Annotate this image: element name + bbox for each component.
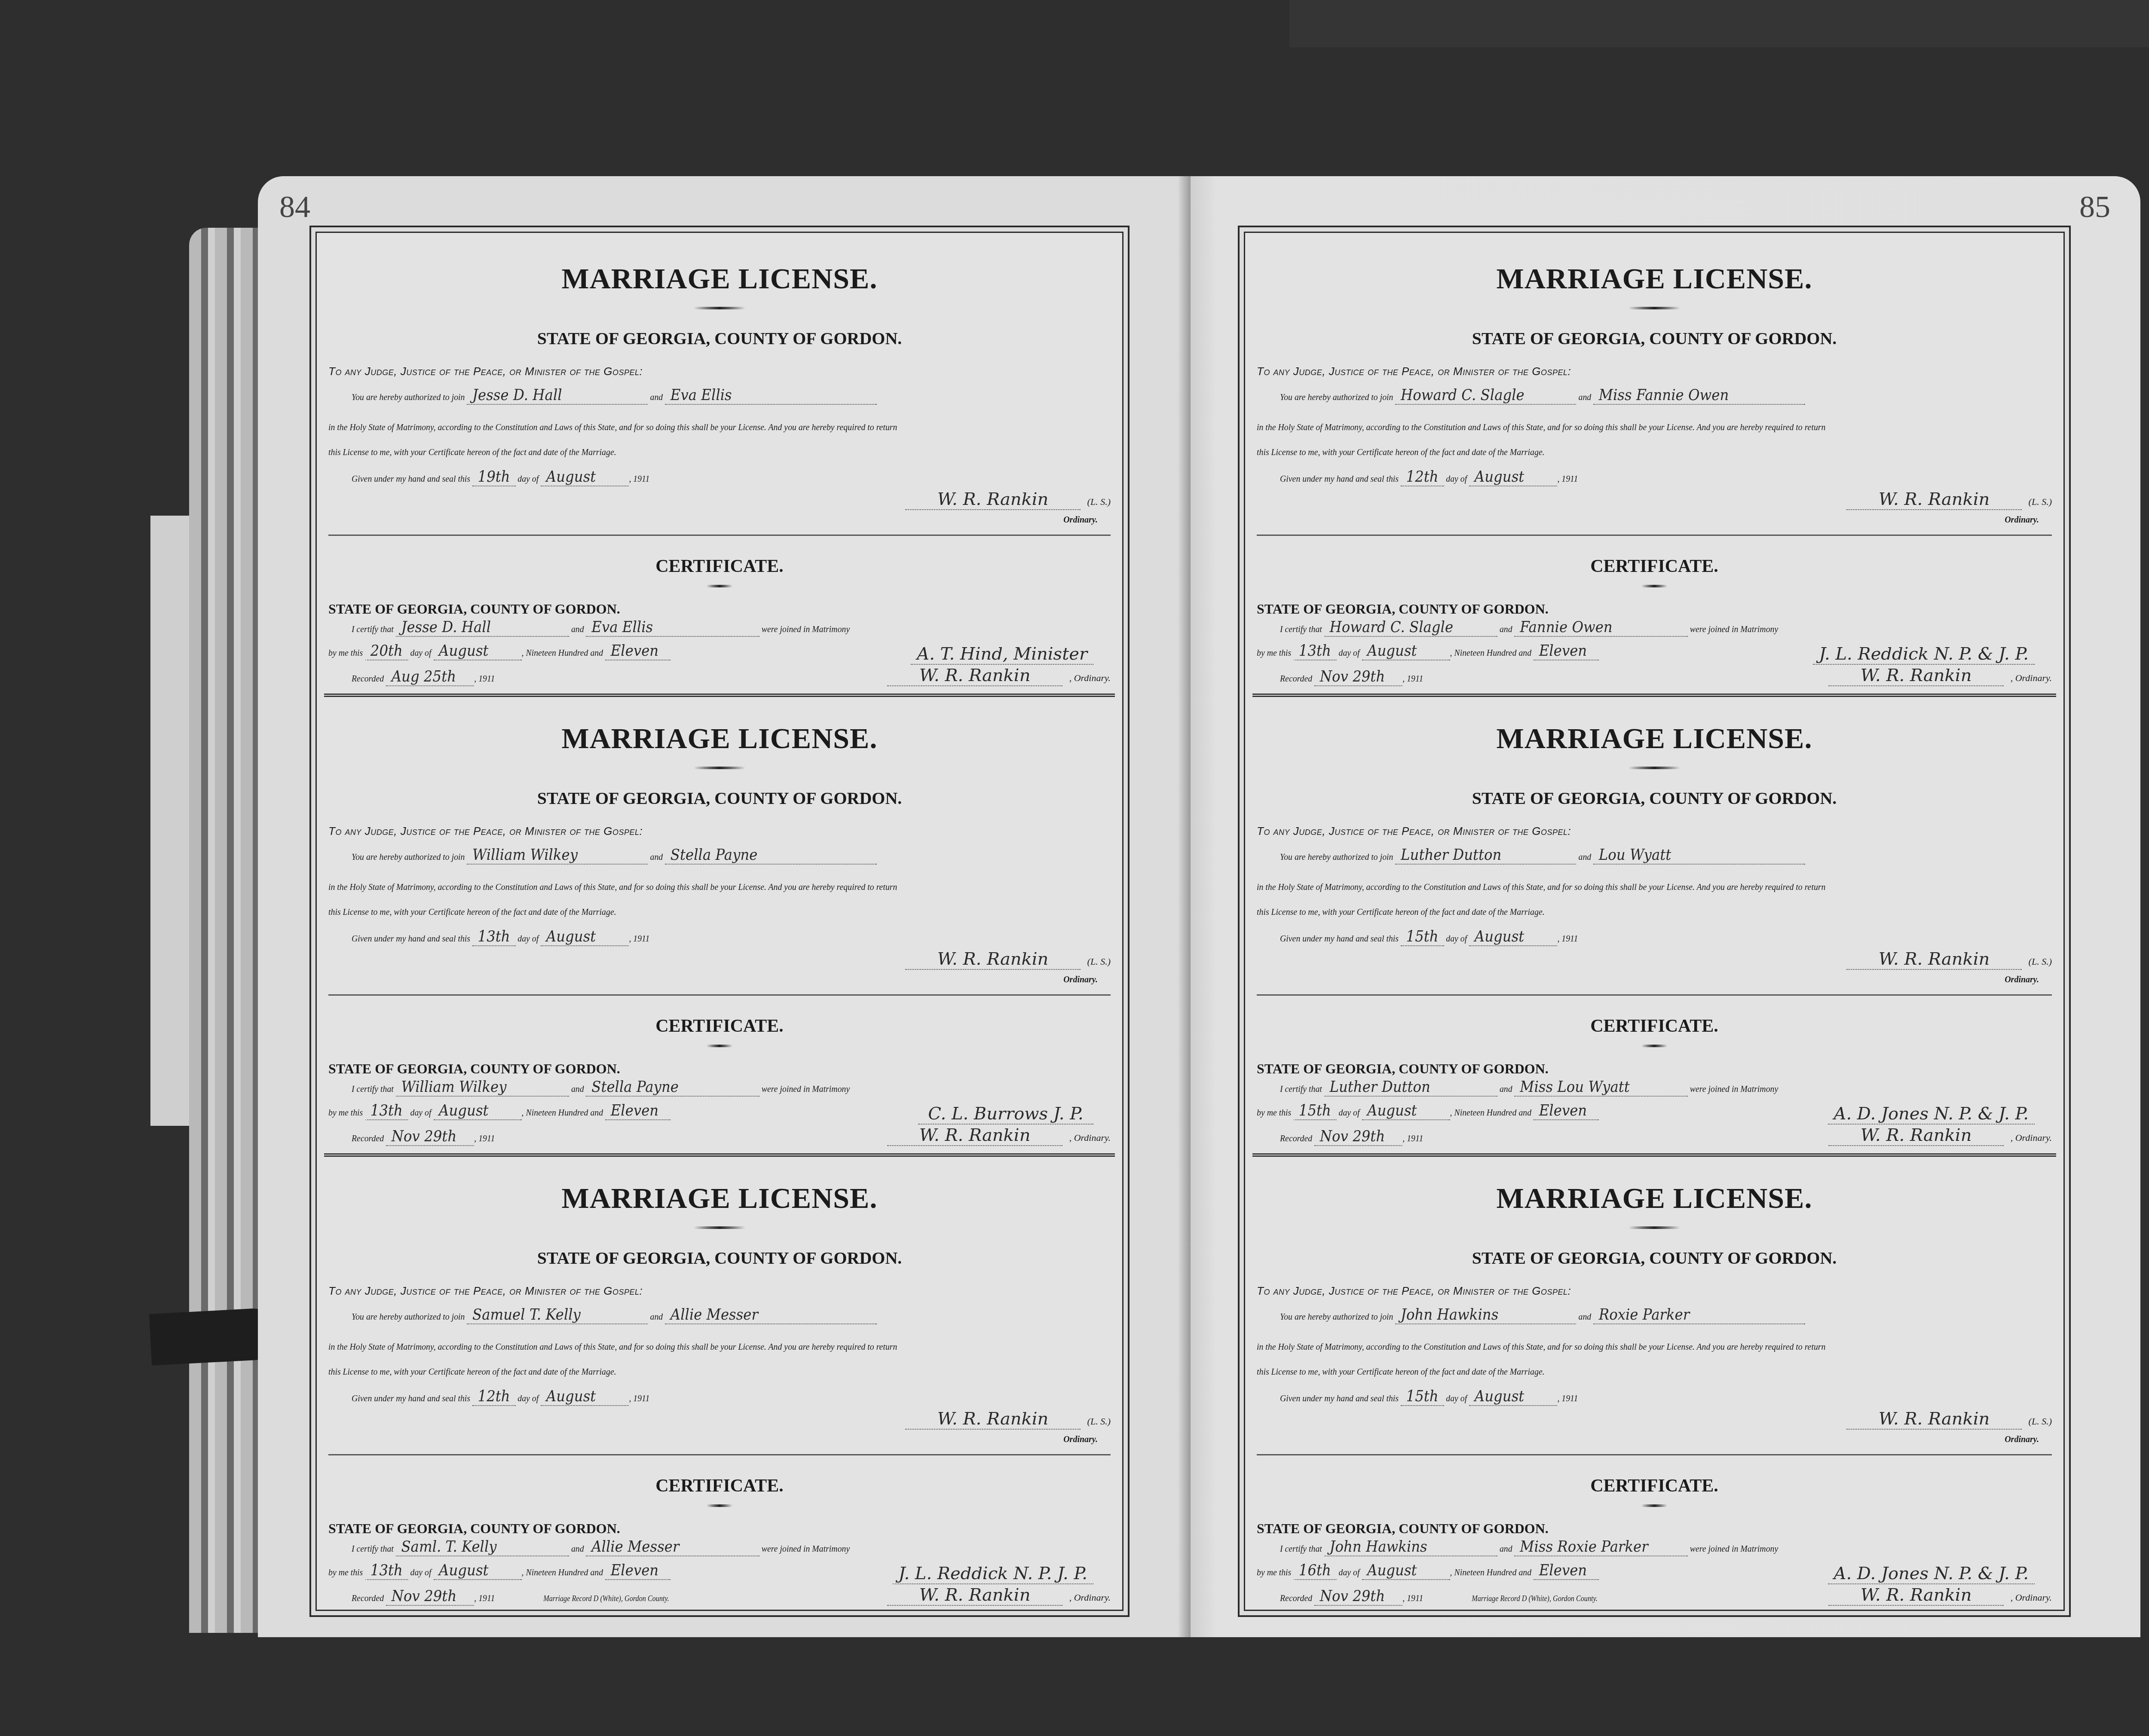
married-month: August	[433, 642, 521, 660]
certificate-title: CERTIFICATE.	[1252, 1476, 2056, 1496]
section-divider	[328, 994, 1111, 996]
license-frame: MARRIAGE LICENSE. STATE OF GEORGIA, COUN…	[309, 226, 1130, 1617]
married-month: August	[1362, 1102, 1450, 1120]
and-label: and	[1579, 391, 1592, 402]
and-label: and	[650, 851, 663, 862]
recorder-row: W. R. Rankin , Ordinary.	[1828, 1125, 2052, 1146]
license-title: MARRIAGE LICENSE.	[1252, 721, 2056, 755]
certify-line: I certify that Howard C. Slagle and Fann…	[1257, 618, 1972, 637]
married-day: 15th	[1293, 1102, 1336, 1120]
recorded-date: Nov 29th	[1314, 1128, 1402, 1146]
recorder-row: W. R. Rankin , Ordinary.	[887, 1585, 1111, 1606]
ordinary-signature: W. R. Rankin	[905, 489, 1081, 510]
officiant-row: A. T. Hind, Minister	[911, 644, 1098, 665]
certificate-title: CERTIFICATE.	[1252, 1016, 2056, 1036]
ordinary-label: , Ordinary.	[2011, 1132, 2052, 1143]
recorder-signature: W. R. Rankin	[887, 1125, 1062, 1146]
body-line-2: this License to me, with your Certificat…	[1257, 906, 1972, 917]
page-number: 85	[2079, 189, 2110, 225]
ornament-divider	[694, 307, 745, 309]
cert-bride-name: Eva Ellis	[586, 618, 759, 637]
marriage-license-entry: MARRIAGE LICENSE. STATE OF GEORGIA, COUN…	[324, 1155, 1115, 1613]
ordinary-label: Ordinary.	[1063, 515, 1098, 525]
body-line-2: this License to me, with your Certificat…	[1257, 446, 1972, 458]
recorded-label: Recorded	[1280, 1133, 1312, 1143]
certify-line: I certify that Luther Dutton and Miss Lo…	[1257, 1078, 1972, 1097]
authorized-prefix: You are hereby authorized to join	[352, 1311, 465, 1322]
certificate-title: CERTIFICATE.	[324, 1016, 1115, 1036]
certify-line: I certify that John Hawkins and Miss Rox…	[1257, 1538, 1972, 1556]
recorded-date: Nov 29th	[1314, 668, 1402, 686]
groom-name: Luther Dutton	[1395, 846, 1576, 865]
recorder-signature: W. R. Rankin	[1828, 666, 2004, 686]
issued-month: August	[1469, 468, 1557, 486]
bride-name: Lou Wyatt	[1593, 846, 1805, 865]
married-year-words: Eleven	[1534, 1562, 1598, 1580]
ordinary-signature: W. R. Rankin	[1846, 1409, 2022, 1430]
and-label: and	[650, 1311, 663, 1322]
cert-groom-name: John Hawkins	[1324, 1538, 1497, 1556]
nineteen-hundred-label: Nineteen Hundred and	[526, 1107, 603, 1118]
ornament-divider	[707, 1045, 732, 1047]
ordinary-label: Ordinary.	[2005, 515, 2039, 525]
cert-bride-name: Miss Lou Wyatt	[1515, 1078, 1688, 1097]
license-title: MARRIAGE LICENSE.	[1252, 262, 2056, 296]
section-divider	[1257, 994, 2052, 996]
ornament-divider	[1629, 767, 1680, 769]
day-of-label: day of	[1446, 933, 1467, 944]
and-label: and	[571, 1543, 584, 1554]
married-month: August	[433, 1562, 521, 1580]
ordinary-label: Ordinary.	[2005, 975, 2039, 985]
ordinary-signature: W. R. Rankin	[1846, 489, 2022, 510]
officiant-row: J. L. Reddick N. P. J. P.	[893, 1564, 1098, 1584]
married-year-words: Eleven	[1534, 642, 1598, 660]
authorized-prefix: You are hereby authorized to join	[352, 851, 465, 862]
day-of-label: day of	[410, 647, 432, 658]
certificate-title: CERTIFICATE.	[324, 1476, 1115, 1496]
groom-name: Samuel T. Kelly	[467, 1306, 648, 1324]
ordinary-signature-row: W. R. Rankin (L. S.)	[1846, 949, 2052, 970]
certify-prefix: I certify that	[352, 623, 394, 634]
certify-line: I certify that Saml. T. Kelly and Allie …	[328, 1538, 1032, 1556]
recorded-year: 1911	[1407, 1592, 1423, 1603]
certificate-state-heading: STATE OF GEORGIA, COUNTY OF GORDON.	[328, 1061, 620, 1077]
groom-name: John Hawkins	[1395, 1306, 1576, 1324]
and-label: and	[650, 391, 663, 402]
day-of-label: day of	[517, 473, 539, 484]
recorded-label: Recorded	[1280, 673, 1312, 684]
ornament-divider	[1629, 307, 1680, 309]
license-state-heading: STATE OF GEORGIA, COUNTY OF GORDON.	[1252, 1248, 2056, 1268]
and-label: and	[1579, 851, 1592, 862]
body-line-1: in the Holy State of Matrimony, accordin…	[328, 1341, 1032, 1352]
groom-name: William Wilkey	[467, 846, 648, 865]
body-line-2: this License to me, with your Certificat…	[328, 1366, 1032, 1377]
certificate-state-heading: STATE OF GEORGIA, COUNTY OF GORDON.	[328, 601, 620, 617]
officiant-signature: C. L. Burrows J. P.	[918, 1104, 1093, 1125]
ordinary-label: , Ordinary.	[1069, 1132, 1111, 1143]
ls-label: (L. S.)	[2029, 1416, 2052, 1427]
marriage-license-entry: MARRIAGE LICENSE. STATE OF GEORGIA, COUN…	[324, 236, 1115, 697]
certificate-state-heading: STATE OF GEORGIA, COUNTY OF GORDON.	[1257, 601, 1549, 617]
license-address: To any Judge, Justice of the Peace, or M…	[328, 1284, 643, 1298]
license-title: MARRIAGE LICENSE.	[324, 1181, 1115, 1215]
license-state-heading: STATE OF GEORGIA, COUNTY OF GORDON.	[1252, 328, 2056, 348]
ordinary-signature: W. R. Rankin	[905, 949, 1081, 970]
and-label: and	[1500, 1543, 1512, 1554]
by-me-label: by me this	[328, 1567, 363, 1577]
license-address: To any Judge, Justice of the Peace, or M…	[1257, 365, 1571, 378]
joined-label: were joined in Matrimony	[1690, 1083, 1778, 1094]
section-divider	[328, 1454, 1111, 1455]
issued-day: 12th	[472, 1388, 515, 1406]
given-prefix: Given under my hand and seal this	[1280, 933, 1399, 944]
married-year-words: Eleven	[1534, 1102, 1598, 1120]
cert-bride-name: Fannie Owen	[1515, 618, 1688, 637]
authorized-prefix: You are hereby authorized to join	[1280, 391, 1393, 402]
page-right: 85 MARRIAGE LICENSE. STATE OF GEORGIA, C…	[1191, 176, 2140, 1637]
section-divider	[1257, 535, 2052, 536]
cert-bride-name: Allie Messer	[586, 1538, 759, 1556]
cert-bride-name: Miss Roxie Parker	[1515, 1538, 1688, 1556]
body-line-1: in the Holy State of Matrimony, accordin…	[1257, 422, 1972, 433]
recorder-signature: W. R. Rankin	[887, 666, 1062, 686]
marriage-license-entry: MARRIAGE LICENSE. STATE OF GEORGIA, COUN…	[1252, 696, 2056, 1157]
issued-month: August	[1469, 1388, 1557, 1406]
license-title: MARRIAGE LICENSE.	[324, 262, 1115, 296]
certificate-title: CERTIFICATE.	[324, 556, 1115, 577]
given-line: Given under my hand and seal this 15th d…	[1257, 928, 1972, 946]
nineteen-hundred-label: Nineteen Hundred and	[526, 1567, 603, 1577]
footer-note: Marriage Record D (White), Gordon County…	[543, 1594, 669, 1603]
ornament-divider	[707, 585, 732, 587]
officiant-signature: A. D. Jones N. P. & J. P.	[1828, 1104, 2035, 1125]
married-day: 16th	[1293, 1562, 1336, 1580]
nineteen-hundred-label: Nineteen Hundred and	[1454, 1567, 1532, 1577]
cert-groom-name: Saml. T. Kelly	[396, 1538, 569, 1556]
body-line-1: in the Holy State of Matrimony, accordin…	[1257, 1341, 1972, 1352]
ordinary-label: Ordinary.	[1063, 975, 1098, 985]
officiant-row: A. D. Jones N. P. & J. P.	[1828, 1104, 2039, 1125]
ordinary-signature: W. R. Rankin	[1846, 949, 2022, 970]
ls-label: (L. S.)	[2029, 956, 2052, 967]
issued-day: 19th	[472, 468, 515, 486]
ornament-divider	[1641, 1045, 1667, 1047]
ordinary-label: Ordinary.	[2005, 1435, 2039, 1445]
married-month: August	[1362, 642, 1450, 660]
recorded-date: Nov 29th	[386, 1128, 474, 1146]
officiant-signature: A. D. Jones N. P. & J. P.	[1828, 1564, 2035, 1584]
by-me-label: by me this	[328, 647, 363, 658]
issued-month: August	[541, 1388, 629, 1406]
license-address: To any Judge, Justice of the Peace, or M…	[328, 825, 643, 838]
issued-year: 1911	[1561, 473, 1578, 484]
day-of-label: day of	[1339, 1567, 1360, 1577]
ordinary-label: , Ordinary.	[1069, 672, 1111, 683]
page-left: 84 MARRIAGE LICENSE. STATE OF GEORGIA, C…	[258, 176, 1212, 1637]
ornament-divider	[707, 1504, 732, 1507]
ls-label: (L. S.)	[1087, 1416, 1111, 1427]
given-line: Given under my hand and seal this 12th d…	[1257, 468, 1972, 486]
ls-label: (L. S.)	[1087, 496, 1111, 507]
groom-name: Howard C. Slagle	[1395, 386, 1576, 405]
license-state-heading: STATE OF GEORGIA, COUNTY OF GORDON.	[1252, 788, 2056, 808]
ornament-divider	[694, 1226, 745, 1229]
ls-label: (L. S.)	[2029, 496, 2052, 507]
issued-year: 1911	[1561, 933, 1578, 944]
license-frame: MARRIAGE LICENSE. STATE OF GEORGIA, COUN…	[1238, 226, 2071, 1617]
issued-day: 15th	[1401, 928, 1444, 946]
license-title: MARRIAGE LICENSE.	[1252, 1181, 2056, 1215]
recorder-row: W. R. Rankin , Ordinary.	[1828, 1585, 2052, 1606]
recorder-signature: W. R. Rankin	[887, 1585, 1062, 1606]
day-of-label: day of	[410, 1107, 432, 1118]
recorded-label: Recorded	[352, 673, 384, 684]
certificate-state-heading: STATE OF GEORGIA, COUNTY OF GORDON.	[1257, 1061, 1549, 1077]
recorded-label: Recorded	[1280, 1592, 1312, 1603]
married-month: August	[1362, 1562, 1450, 1580]
certify-prefix: I certify that	[1280, 1543, 1322, 1554]
authorized-line: You are hereby authorized to join Howard…	[1257, 386, 1972, 405]
recorded-year: 1911	[478, 673, 495, 684]
day-of-label: day of	[517, 933, 539, 944]
recorder-row: W. R. Rankin , Ordinary.	[887, 666, 1111, 686]
license-state-heading: STATE OF GEORGIA, COUNTY OF GORDON.	[324, 1248, 1115, 1268]
ordinary-label: , Ordinary.	[2011, 1592, 2052, 1603]
certify-line: I certify that Jesse D. Hall and Eva Ell…	[328, 618, 1032, 637]
married-year-words: Eleven	[605, 1102, 670, 1120]
footer-note: Marriage Record D (White), Gordon County…	[1472, 1594, 1598, 1603]
issued-year: 1911	[633, 1393, 649, 1403]
authorized-line: You are hereby authorized to join John H…	[1257, 1306, 1972, 1324]
and-label: and	[571, 623, 584, 634]
marriage-license-entry: MARRIAGE LICENSE. STATE OF GEORGIA, COUN…	[324, 696, 1115, 1157]
ordinary-signature-row: W. R. Rankin (L. S.)	[1846, 489, 2052, 510]
by-me-label: by me this	[328, 1107, 363, 1118]
recorded-label: Recorded	[352, 1592, 384, 1603]
marriage-license-entry: MARRIAGE LICENSE. STATE OF GEORGIA, COUN…	[1252, 1155, 2056, 1613]
nineteen-hundred-label: Nineteen Hundred and	[1454, 647, 1532, 658]
cert-bride-name: Stella Payne	[586, 1078, 759, 1097]
certificate-title: CERTIFICATE.	[1252, 556, 2056, 577]
recorded-year: 1911	[1407, 673, 1423, 684]
recorded-date: Nov 29th	[386, 1587, 474, 1606]
film-edge-strip	[1289, 0, 2149, 47]
certify-prefix: I certify that	[1280, 1083, 1322, 1094]
authorized-prefix: You are hereby authorized to join	[1280, 851, 1393, 862]
license-address: To any Judge, Justice of the Peace, or M…	[1257, 825, 1571, 838]
issued-month: August	[541, 928, 629, 946]
license-state-heading: STATE OF GEORGIA, COUNTY OF GORDON.	[324, 328, 1115, 348]
authorized-prefix: You are hereby authorized to join	[352, 391, 465, 402]
bride-name: Eva Ellis	[665, 386, 877, 405]
marriage-license-entry: MARRIAGE LICENSE. STATE OF GEORGIA, COUN…	[1252, 236, 2056, 697]
bride-name: Stella Payne	[665, 846, 877, 865]
open-register-book: 84 MARRIAGE LICENSE. STATE OF GEORGIA, C…	[189, 176, 2140, 1637]
joined-label: were joined in Matrimony	[762, 1543, 850, 1554]
day-of-label: day of	[1446, 473, 1467, 484]
body-line-1: in the Holy State of Matrimony, accordin…	[328, 881, 1032, 892]
issued-year: 1911	[633, 933, 649, 944]
day-of-label: day of	[1339, 647, 1360, 658]
ornament-divider	[1641, 1504, 1667, 1507]
body-line-2: this License to me, with your Certificat…	[328, 446, 1032, 458]
ordinary-signature-row: W. R. Rankin (L. S.)	[905, 489, 1111, 510]
bride-name: Roxie Parker	[1593, 1306, 1805, 1324]
issued-year: 1911	[633, 473, 649, 484]
and-label: and	[1579, 1311, 1592, 1322]
recorded-date: Nov 29th	[1314, 1587, 1402, 1606]
joined-label: were joined in Matrimony	[1690, 1543, 1778, 1554]
given-prefix: Given under my hand and seal this	[352, 1393, 470, 1403]
given-line: Given under my hand and seal this 15th d…	[1257, 1388, 1972, 1406]
ordinary-signature-row: W. R. Rankin (L. S.)	[1846, 1409, 2052, 1430]
officiant-signature: J. L. Reddick N. P. & J. P.	[1813, 644, 2035, 665]
authorized-line: You are hereby authorized to join Samuel…	[328, 1306, 1032, 1324]
nineteen-hundred-label: Nineteen Hundred and	[1454, 1107, 1532, 1118]
officiant-signature: A. T. Hind, Minister	[911, 644, 1093, 665]
nineteen-hundred-label: Nineteen Hundred and	[526, 647, 603, 658]
officiant-row: A. D. Jones N. P. & J. P.	[1828, 1564, 2039, 1584]
license-address: To any Judge, Justice of the Peace, or M…	[328, 365, 643, 378]
bride-name: Allie Messer	[665, 1306, 877, 1324]
given-prefix: Given under my hand and seal this	[1280, 473, 1399, 484]
section-divider	[1257, 1454, 2052, 1455]
ordinary-label: , Ordinary.	[2011, 672, 2052, 683]
authorized-line: You are hereby authorized to join Jesse …	[328, 386, 1032, 405]
married-year-words: Eleven	[605, 642, 670, 660]
cert-groom-name: William Wilkey	[396, 1078, 569, 1097]
section-divider	[328, 535, 1111, 536]
ordinary-label: Ordinary.	[1063, 1435, 1098, 1445]
joined-label: were joined in Matrimony	[762, 623, 850, 634]
married-year-words: Eleven	[605, 1562, 670, 1580]
officiant-row: J. L. Reddick N. P. & J. P.	[1813, 644, 2039, 665]
ornament-divider	[694, 767, 745, 769]
recorder-row: W. R. Rankin , Ordinary.	[887, 1125, 1111, 1146]
certify-line: I certify that William Wilkey and Stella…	[328, 1078, 1032, 1097]
certify-prefix: I certify that	[352, 1543, 394, 1554]
by-me-label: by me this	[1257, 647, 1291, 658]
officiant-row: C. L. Burrows J. P.	[918, 1104, 1098, 1125]
ls-label: (L. S.)	[1087, 956, 1111, 967]
certificate-state-heading: STATE OF GEORGIA, COUNTY OF GORDON.	[328, 1521, 620, 1537]
certify-prefix: I certify that	[1280, 623, 1322, 634]
recorder-row: W. R. Rankin , Ordinary.	[1828, 666, 2052, 686]
joined-label: were joined in Matrimony	[762, 1083, 850, 1094]
given-prefix: Given under my hand and seal this	[352, 933, 470, 944]
married-day: 13th	[365, 1562, 408, 1580]
body-line-1: in the Holy State of Matrimony, accordin…	[1257, 881, 1972, 892]
ornament-divider	[1629, 1226, 1680, 1229]
issued-day: 12th	[1401, 468, 1444, 486]
issued-year: 1911	[1561, 1393, 1578, 1403]
recorded-label: Recorded	[352, 1133, 384, 1143]
recorded-year: 1911	[478, 1133, 495, 1143]
recorded-date: Aug 25th	[386, 668, 474, 686]
recorder-signature: W. R. Rankin	[1828, 1125, 2004, 1146]
issued-day: 13th	[472, 928, 515, 946]
groom-name: Jesse D. Hall	[467, 386, 648, 405]
ornament-divider	[1641, 585, 1667, 587]
ordinary-signature-row: W. R. Rankin (L. S.)	[905, 1409, 1111, 1430]
and-label: and	[571, 1083, 584, 1094]
cert-groom-name: Howard C. Slagle	[1324, 618, 1497, 637]
license-address: To any Judge, Justice of the Peace, or M…	[1257, 1284, 1571, 1298]
page-number: 84	[279, 189, 310, 225]
cert-groom-name: Luther Dutton	[1324, 1078, 1497, 1097]
bride-name: Miss Fannie Owen	[1593, 386, 1805, 405]
given-line: Given under my hand and seal this 19th d…	[328, 468, 1032, 486]
married-day: 13th	[365, 1102, 408, 1120]
ordinary-signature-row: W. R. Rankin (L. S.)	[905, 949, 1111, 970]
certificate-state-heading: STATE OF GEORGIA, COUNTY OF GORDON.	[1257, 1521, 1549, 1537]
authorized-prefix: You are hereby authorized to join	[1280, 1311, 1393, 1322]
day-of-label: day of	[517, 1393, 539, 1403]
issued-day: 15th	[1401, 1388, 1444, 1406]
recorder-signature: W. R. Rankin	[1828, 1585, 2004, 1606]
issued-month: August	[1469, 928, 1557, 946]
ordinary-signature: W. R. Rankin	[905, 1409, 1081, 1430]
license-title: MARRIAGE LICENSE.	[324, 721, 1115, 755]
by-me-label: by me this	[1257, 1567, 1291, 1577]
certify-prefix: I certify that	[352, 1083, 394, 1094]
by-me-label: by me this	[1257, 1107, 1291, 1118]
given-line: Given under my hand and seal this 12th d…	[328, 1388, 1032, 1406]
body-line-2: this License to me, with your Certificat…	[328, 906, 1032, 917]
cert-groom-name: Jesse D. Hall	[396, 618, 569, 637]
given-prefix: Given under my hand and seal this	[352, 473, 470, 484]
recorded-year: 1911	[1407, 1133, 1423, 1143]
body-line-1: in the Holy State of Matrimony, accordin…	[328, 422, 1032, 433]
officiant-signature: J. L. Reddick N. P. J. P.	[893, 1564, 1094, 1584]
ordinary-label: , Ordinary.	[1069, 1592, 1111, 1603]
day-of-label: day of	[410, 1567, 432, 1577]
married-day: 13th	[1293, 642, 1336, 660]
day-of-label: day of	[1339, 1107, 1360, 1118]
issued-month: August	[541, 468, 629, 486]
and-label: and	[1500, 1083, 1512, 1094]
authorized-line: You are hereby authorized to join Luther…	[1257, 846, 1972, 865]
body-line-2: this License to me, with your Certificat…	[1257, 1366, 1972, 1377]
day-of-label: day of	[1446, 1393, 1467, 1403]
given-line: Given under my hand and seal this 13th d…	[328, 928, 1032, 946]
married-day: 20th	[365, 642, 408, 660]
married-month: August	[433, 1102, 521, 1120]
authorized-line: You are hereby authorized to join Willia…	[328, 846, 1032, 865]
and-label: and	[1500, 623, 1512, 634]
recorded-year: 1911	[478, 1592, 495, 1603]
joined-label: were joined in Matrimony	[1690, 623, 1778, 634]
license-state-heading: STATE OF GEORGIA, COUNTY OF GORDON.	[324, 788, 1115, 808]
given-prefix: Given under my hand and seal this	[1280, 1393, 1399, 1403]
